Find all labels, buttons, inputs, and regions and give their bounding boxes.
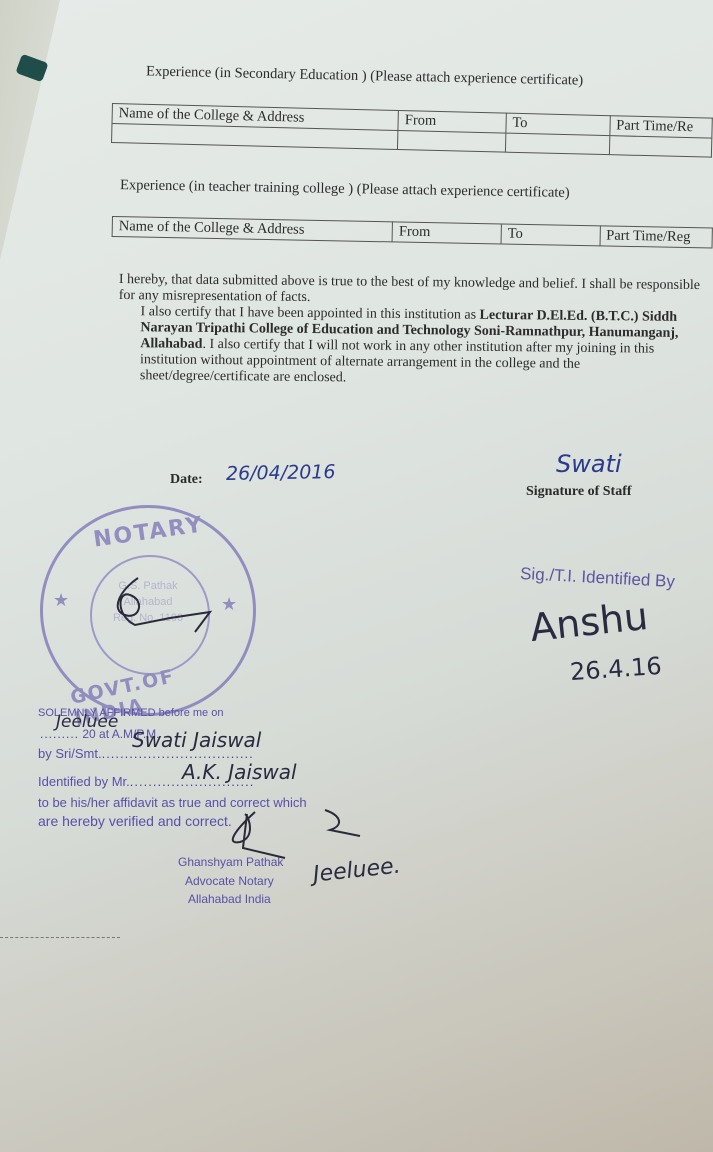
notary-place: Allahabad India — [188, 892, 271, 906]
date-label: Date: — [170, 472, 203, 488]
column-header-part-time: Part Time/Reg — [600, 226, 713, 248]
identified-label: Identified by Mr. — [38, 774, 130, 789]
by-label: by Sri/Smt. — [38, 746, 102, 761]
table-cell — [505, 133, 609, 155]
column-header-college: Name of the College & Address — [112, 217, 393, 242]
column-header-from: From — [398, 111, 506, 134]
signature-label: Signature of Staff — [526, 484, 632, 500]
column-header-to: To — [501, 224, 600, 246]
identifier-date: 26.4.16 — [569, 652, 662, 686]
column-header-from: From — [392, 222, 501, 244]
deponent-name-hand: Swati Jaiswal — [132, 728, 261, 752]
training-experience-table: Name of the College & Address From To Pa… — [112, 216, 713, 249]
declaration-line-2: I also certify that I have been appointe… — [118, 304, 709, 390]
secondary-experience-heading: Experience (in Secondary Education ) (Pl… — [146, 63, 583, 89]
training-experience-heading: Experience (in teacher training college … — [120, 177, 570, 202]
staff-signature: Swati — [556, 450, 622, 478]
column-header-part-time: Part Time/Re — [610, 116, 713, 138]
page-fold-shadow — [0, 0, 60, 260]
secondary-experience-table: Name of the College & Address From To Pa… — [111, 103, 713, 158]
identifier-signature: Anshu — [528, 594, 650, 650]
post-title: Lecturar D.El.Ed. (B.T.C.) — [480, 308, 639, 325]
notary-name: Ghanshyam Pathak — [178, 855, 283, 869]
table-cell — [609, 136, 712, 157]
stamp-top-text: NOTARY — [92, 512, 206, 552]
certify-text: . I also certify that I will not work in… — [140, 337, 655, 386]
divider — [0, 937, 120, 938]
column-header-to: To — [506, 113, 610, 136]
identified-by-label: Sig./T.I. Identified By — [520, 564, 676, 592]
star-icon: ★ — [221, 594, 237, 615]
identifier-name-hand: A.K. Jaiswal — [182, 760, 297, 784]
affidavit-line-6: are hereby verified and correct. — [38, 813, 232, 829]
declaration-paragraph: I hereby, that data submitted above is t… — [118, 272, 709, 390]
notary-initial-scribble — [100, 570, 220, 640]
notary-title: Advocate Notary — [185, 874, 274, 888]
table-header-row: Name of the College & Address From To Pa… — [112, 217, 712, 249]
date-value: 26/04/2016 — [226, 461, 336, 485]
star-icon: ★ — [53, 590, 69, 611]
table-cell — [398, 130, 506, 152]
dotted-blank: ......... — [40, 727, 79, 741]
